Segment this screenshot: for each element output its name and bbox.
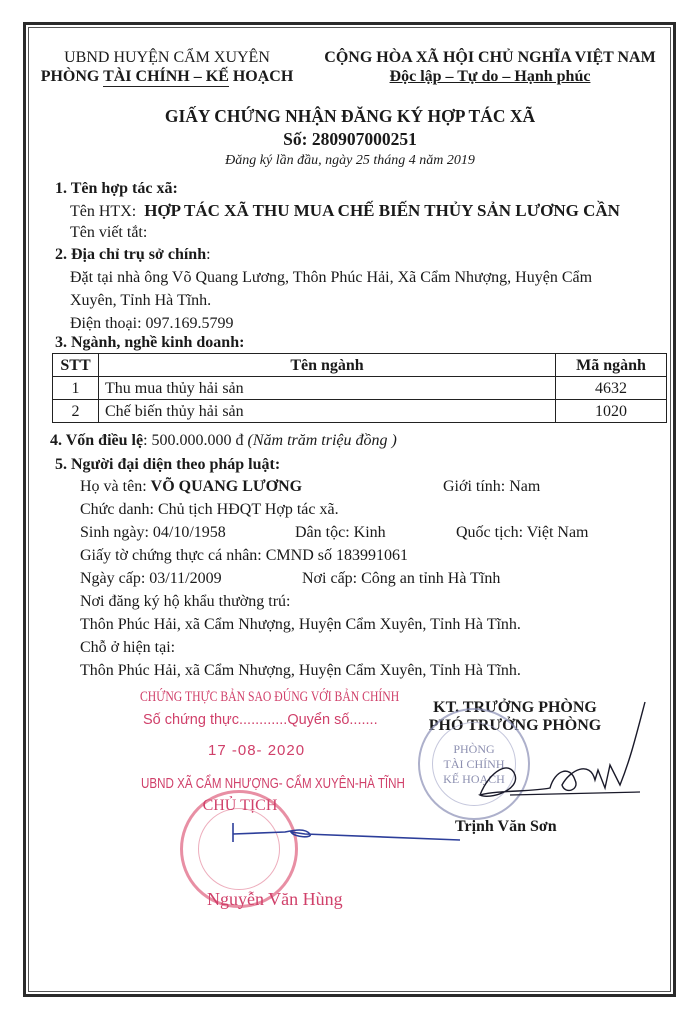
column-header-code: Mã ngành <box>556 354 667 377</box>
rep-name-row: Họ và tên: VÕ QUANG LƯƠNG <box>80 478 302 496</box>
rep-name-label: Họ và tên: <box>80 478 147 495</box>
section-1-heading: 1. Tên hợp tác xã: <box>55 180 178 198</box>
certification-role: CHỦ TỊCH <box>200 797 280 815</box>
section-2-colon: : <box>206 246 210 263</box>
rep-current-label: Chỗ ở hiện tại: <box>80 639 175 657</box>
address-line-1: Đặt tại nhà ông Võ Quang Lương, Thôn Phú… <box>70 269 592 287</box>
section-4-title: 4. Vốn điều lệ <box>50 432 143 449</box>
address-line-2: Xuyên, Tỉnh Hà Tĩnh. <box>70 292 211 310</box>
rep-issue-date: Ngày cấp: 03/11/2009 <box>80 570 222 588</box>
deputy-signer-name: Trịnh Văn Sơn <box>455 818 557 836</box>
section-5-heading: 5. Người đại diện theo pháp luật: <box>55 456 280 474</box>
table-row: 2 Chế biến thủy hải sản 1020 <box>53 400 667 423</box>
certification-number-line: Số chứng thực............Quyển số....... <box>143 712 378 728</box>
abbr-name-label: Tên viết tắt: <box>70 224 147 242</box>
national-motto: Độc lập – Tự do – Hạnh phúc <box>300 67 680 86</box>
rep-issue-place: Nơi cấp: Công an tỉnh Hà Tĩnh <box>302 570 500 588</box>
certification-date: 17 -08- 2020 <box>208 742 305 759</box>
certification-authority: UBND XÃ CẨM NHƯỢNG- CẨM XUYÊN-HÀ TĨNH <box>141 776 405 792</box>
rep-permanent-address: Thôn Phúc Hải, xã Cẩm Nhượng, Huyện Cẩm … <box>80 616 521 634</box>
rep-dob: Sinh ngày: 04/10/1958 <box>80 524 226 542</box>
capital-amount: : 500.000.000 đ <box>143 432 243 449</box>
certificate-number: Số: 280907000251 <box>0 129 700 150</box>
department-name: PHÒNG TÀI CHÍNH – KẾ HOẠCH <box>32 67 302 86</box>
deputy-signature-icon <box>470 700 650 810</box>
row-name: Thu mua thủy hải sản <box>99 377 556 400</box>
phone-number: Điện thoại: 097.169.5799 <box>70 315 234 333</box>
rep-gender: Giới tính: Nam <box>443 478 540 496</box>
rep-position: Chức danh: Chủ tịch HĐQT Hợp tác xã. <box>80 501 339 519</box>
rep-ethnicity: Dân tộc: Kinh <box>295 524 386 542</box>
rep-nationality: Quốc tịch: Việt Nam <box>456 524 589 542</box>
row-stt: 2 <box>53 400 99 423</box>
rep-current-address: Thôn Phúc Hải, xã Cẩm Nhượng, Huyện Cẩm … <box>80 662 521 680</box>
coop-name-value: HỢP TÁC XÃ THU MUA CHẾ BIẾN THỦY SẢN LƯƠ… <box>144 201 620 220</box>
national-header: CỘNG HÒA XÃ HỘI CHỦ NGHĨA VIỆT NAM Độc l… <box>300 48 680 86</box>
coop-name-row: Tên HTX: HỢP TÁC XÃ THU MUA CHẾ BIẾN THỦ… <box>70 201 620 221</box>
issuing-authority: UBND HUYỆN CẨM XUYÊN PHÒNG TÀI CHÍNH – K… <box>32 48 302 86</box>
district-committee: UBND HUYỆN CẨM XUYÊN <box>32 48 302 67</box>
row-stt: 1 <box>53 377 99 400</box>
column-header-name: Tên ngành <box>99 354 556 377</box>
rep-name-value: VÕ QUANG LƯƠNG <box>151 478 302 495</box>
row-code: 1020 <box>556 400 667 423</box>
capital-in-words: (Năm trăm triệu đồng ) <box>248 432 397 449</box>
section-3-heading: 3. Ngành, nghề kinh doanh: <box>55 334 244 352</box>
registration-date: Đăng ký lần đầu, ngày 25 tháng 4 năm 201… <box>0 153 700 169</box>
chairman-signature-icon <box>225 820 465 850</box>
column-header-stt: STT <box>53 354 99 377</box>
rep-permanent-label: Nơi đăng ký hộ khẩu thường trú: <box>80 593 290 611</box>
section-4-capital: 4. Vốn điều lệ: 500.000.000 đ (Năm trăm … <box>50 432 397 450</box>
department-underline <box>103 86 229 87</box>
certification-title: CHỨNG THỰC BẢN SAO ĐÚNG VỚI BẢN CHÍNH <box>140 689 399 706</box>
table-header-row: STT Tên ngành Mã ngành <box>53 354 667 377</box>
section-2-heading: 2. Địa chỉ trụ sở chính: <box>55 246 211 264</box>
coop-name-label: Tên HTX: <box>70 203 136 220</box>
rep-id-document: Giấy tờ chứng thực cá nhân: CMND số 1839… <box>80 547 408 565</box>
business-lines-table: STT Tên ngành Mã ngành 1 Thu mua thủy hả… <box>52 353 667 423</box>
document-title: GIẤY CHỨNG NHẬN ĐĂNG KÝ HỢP TÁC XÃ <box>0 106 700 127</box>
row-code: 4632 <box>556 377 667 400</box>
country-name: CỘNG HÒA XÃ HỘI CHỦ NGHĨA VIỆT NAM <box>300 48 680 67</box>
table-row: 1 Thu mua thủy hải sản 4632 <box>53 377 667 400</box>
certification-signer: Nguyễn Văn Hùng <box>207 889 343 910</box>
section-2-title: 2. Địa chỉ trụ sở chính <box>55 246 206 263</box>
row-name: Chế biến thủy hải sản <box>99 400 556 423</box>
